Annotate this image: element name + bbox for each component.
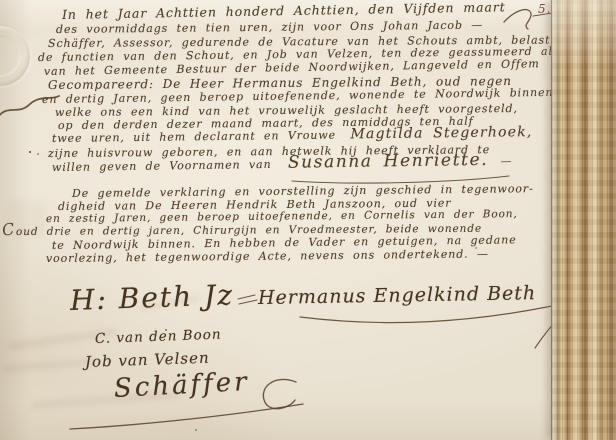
signature-lead-mark: [238, 295, 257, 304]
ink-speck: [195, 429, 197, 431]
line-end-dash: —: [500, 155, 512, 168]
signature-h-beth: H: Beth Jz: [69, 278, 234, 317]
margin-mark: C: [1, 219, 16, 240]
manuscript-line: willen geven de Voornamen van: [52, 158, 272, 174]
signature-job-van-velsen: Job van Velsen: [85, 349, 210, 371]
line-end-flourish: [504, 10, 531, 29]
signature-schaffer: Schäffer: [113, 367, 250, 404]
book-binding-edge: [551, 0, 616, 440]
manuscript-line: In het Jaar Achttien honderd Achttien, d…: [62, 0, 506, 21]
manuscript-line: des voormiddags ten tien uren, zijn voor…: [56, 19, 483, 36]
scanned-register-page: 5. In het Jaar Achttien honderd Achttien…: [0, 0, 616, 440]
folio-number: 5.: [538, 2, 551, 16]
ink-speck: [29, 151, 31, 153]
ink-speck: [37, 153, 39, 155]
ink-layer: 5. In het Jaar Achttien honderd Achttien…: [0, 0, 616, 440]
signature-hermanus-engelkind-beth: Hermanus Engelkind Beth: [258, 282, 537, 309]
mother-name: Magtilda Stegerhoek,: [344, 124, 532, 142]
manuscript-line: twee uren, uit hem declarant en Vrouwe: [52, 129, 336, 145]
hermanus-signature-underline: [300, 305, 564, 348]
schaffer-signature-underline: [70, 404, 303, 429]
child-name: Susanna Henriette.: [280, 150, 493, 173]
schaffer-trailing-flourish: [263, 379, 296, 408]
signature-c-van-den-boon: C. van den Boon: [95, 327, 222, 347]
